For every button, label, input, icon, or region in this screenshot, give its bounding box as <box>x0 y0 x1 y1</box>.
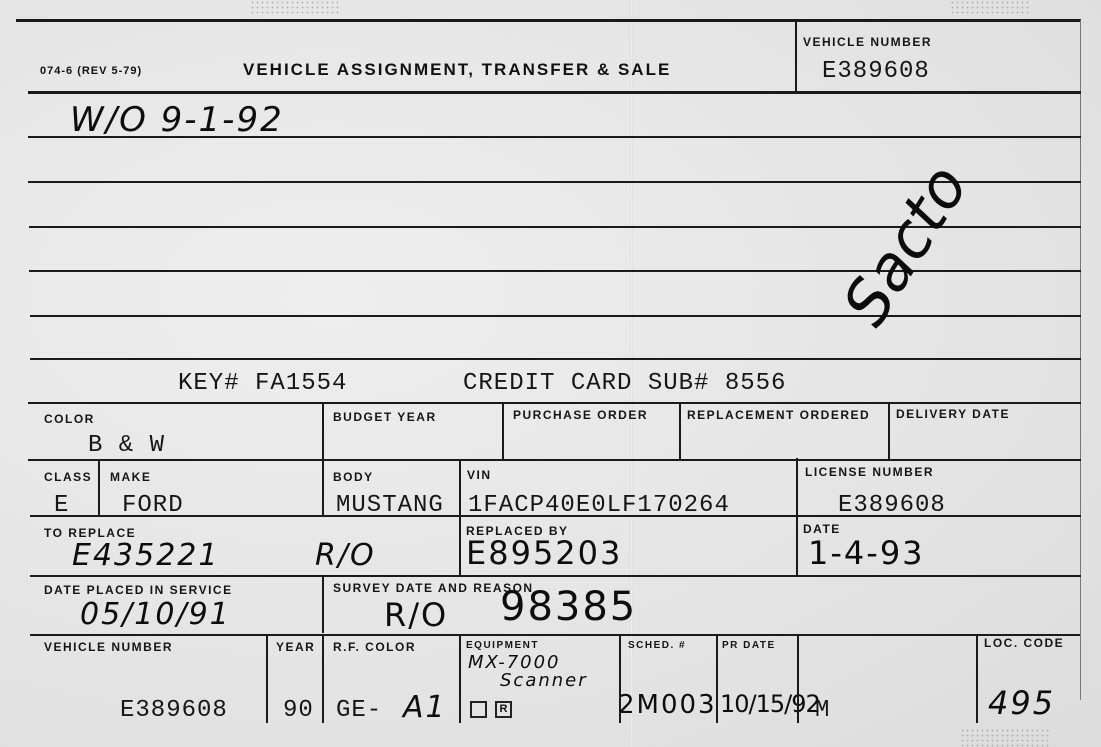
cell-divider <box>266 635 268 723</box>
key-number: KEY# FA1554 <box>178 370 347 397</box>
purchase-order-label: PURCHASE ORDER <box>513 408 648 422</box>
equipment-label: EQUIPMENT <box>466 640 539 651</box>
note-rule <box>28 136 1081 138</box>
cell-divider <box>679 403 681 460</box>
delivery-date-label: DELIVERY DATE <box>896 407 1010 421</box>
cell-divider <box>322 635 324 723</box>
cell-divider <box>322 460 324 515</box>
year-label: YEAR <box>276 640 315 654</box>
equipment-line2: Scanner <box>500 670 588 691</box>
pr-date-suffix: M <box>815 697 830 724</box>
to-replace-value: E435221 <box>72 538 219 573</box>
color-label: COLOR <box>44 412 95 426</box>
cell-divider <box>976 635 978 723</box>
license-number-label: LICENSE NUMBER <box>805 465 934 479</box>
make-label: MAKE <box>110 470 151 484</box>
stipple-mark <box>950 0 1030 16</box>
equipment-checkbox-1[interactable] <box>470 701 487 718</box>
cell-divider <box>716 635 718 723</box>
replaced-by-value: E895203 <box>466 534 622 572</box>
sched-label: SCHED. # <box>628 640 686 651</box>
cell-divider <box>502 403 504 460</box>
margin-note-sacto: Sacto <box>828 152 982 338</box>
survey-value: 98385 <box>500 584 637 630</box>
vin-label: VIN <box>467 468 492 482</box>
rf-color-label: R.F. COLOR <box>333 640 416 654</box>
survey-reason: R/O <box>384 596 448 634</box>
replacement-ordered-label: REPLACEMENT ORDERED <box>687 408 870 422</box>
equipment-checkbox-2[interactable]: R <box>495 701 512 718</box>
sched-value: 2M003 <box>618 690 717 720</box>
cell-divider <box>888 403 890 460</box>
stipple-mark <box>250 0 340 16</box>
row-rule <box>30 515 1081 517</box>
cell-divider <box>322 576 324 633</box>
bottom-vehicle-number-label: VEHICLE NUMBER <box>44 640 173 654</box>
rf-color-value: A1 <box>403 690 447 725</box>
form-number: 074-6 (REV 5-79) <box>40 65 142 77</box>
cell-divider <box>797 635 799 723</box>
right-edge <box>1080 20 1081 700</box>
pr-date-value: 10/15/92 <box>720 690 820 718</box>
loc-code-value: 495 <box>988 684 1055 722</box>
rf-color-prefix: GE- <box>336 697 382 724</box>
form-title: VEHICLE ASSIGNMENT, TRANSFER & SALE <box>243 60 671 80</box>
note-line-1: W/O 9-1-92 <box>70 100 284 140</box>
loc-code-label: LOC. CODE <box>984 636 1064 650</box>
vehicle-number-label: VEHICLE NUMBER <box>803 35 932 49</box>
year-value: 90 <box>283 697 314 724</box>
cell-divider <box>459 635 461 723</box>
note-rule <box>30 315 1081 317</box>
row-rule <box>28 402 1081 404</box>
row-rule <box>28 459 1081 461</box>
to-replace-note: R/O <box>315 538 376 573</box>
body-label: BODY <box>333 470 374 484</box>
vehicle-assignment-card: 074-6 (REV 5-79) VEHICLE ASSIGNMENT, TRA… <box>0 0 1101 747</box>
header-top-rule <box>16 19 1081 22</box>
vehicle-number-value: E389608 <box>822 58 930 85</box>
cell-divider <box>98 460 100 515</box>
budget-year-label: BUDGET YEAR <box>333 410 437 424</box>
cell-divider <box>459 460 461 575</box>
bottom-vehicle-number-value: E389608 <box>120 697 228 724</box>
pr-date-label: PR DATE <box>722 640 776 651</box>
note-rule <box>30 358 1081 360</box>
stipple-mark <box>960 728 1050 747</box>
row-rule <box>30 634 1080 636</box>
color-value: B & W <box>88 432 165 459</box>
date-placed-value: 05/10/91 <box>80 597 231 632</box>
date-value: 1-4-93 <box>808 534 925 572</box>
credit-card-sub: CREDIT CARD SUB# 8556 <box>463 370 786 397</box>
class-label: CLASS <box>44 470 92 484</box>
cell-divider <box>322 403 324 460</box>
date-placed-label: DATE PLACED IN SERVICE <box>44 583 233 597</box>
header-bottom-rule <box>28 91 1081 94</box>
row-rule <box>30 575 1081 577</box>
header-divider <box>795 20 797 92</box>
